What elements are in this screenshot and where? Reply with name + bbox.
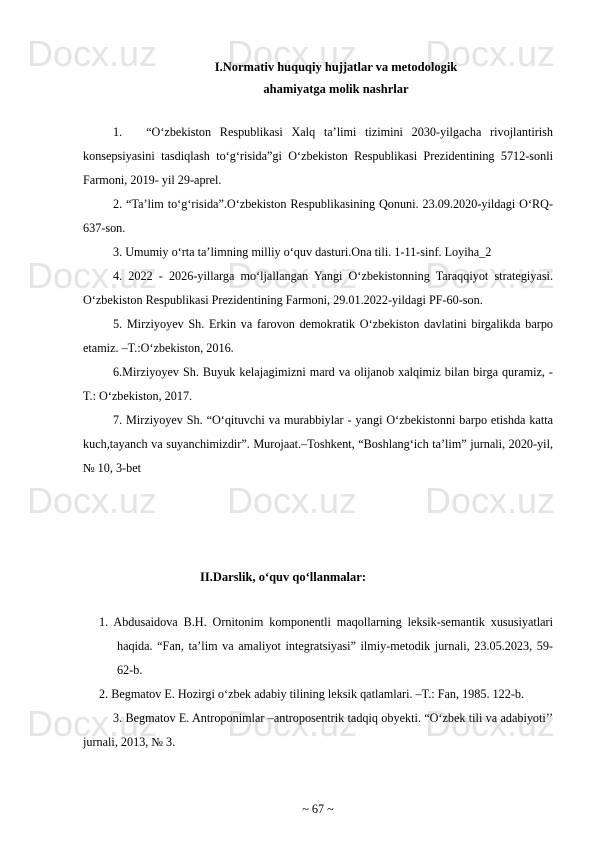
section1-list: 1.“O‘zbekiston Respublikasi Xalq ta’limi… [83,120,553,480]
item-number: 4. [113,269,122,283]
item-text: Begmatov E. Antroponimlar –antroposentri… [83,711,553,749]
section1-title-line2: ahamiyatga molik nashrlar [83,78,553,100]
item-number: 6. [113,365,122,379]
page-number: ~ 67 ~ [83,802,553,817]
section2-heading: II.Darslik, o‘quv qo‘llanmalar: [83,566,553,588]
item-number: 3. [113,711,122,725]
reference-item: 3. Umumiy o‘rta ta’limning milliy o‘quv … [83,240,553,264]
section2-list: 1. Abdusaidova B.H. Ornitonim komponentl… [83,610,553,754]
item-text: “Ta’lim to‘g‘risida”.O‘zbekiston Respubl… [83,197,553,235]
item-text: Begmatov E. Hozirgi o‘zbek adabiy tilini… [111,687,524,701]
item-number: 2. [99,687,108,701]
watermark: Docx.uz [27,483,157,519]
reference-item: 1.“O‘zbekiston Respublikasi Xalq ta’limi… [83,120,553,192]
section1-heading: I.Normativ huquqiy hujjatlar va metodolo… [83,56,553,100]
item-number: 5. [113,317,122,331]
section1-title-line1: I.Normativ huquqiy hujjatlar va metodolo… [83,56,553,78]
reference-item: 2. Begmatov E. Hozirgi o‘zbek adabiy til… [83,682,553,706]
reference-item: 3. Begmatov E. Antroponimlar –antroposen… [83,706,553,754]
item-number: 3. [113,245,122,259]
item-text: Mirziyoyev Sh. “O‘qituvchi va murabbiyla… [83,413,553,475]
item-text: 2022 - 2026-yillarga mo‘ljallangan Yangi… [83,269,553,307]
reference-item: 4. 2022 - 2026-yillarga mo‘ljallangan Ya… [83,264,553,312]
reference-item: 2. “Ta’lim to‘g‘risida”.O‘zbekiston Resp… [83,192,553,240]
item-number: 2. [113,197,122,211]
reference-item: 5. Mirziyoyev Sh. Erkin va farovon demok… [83,312,553,360]
item-text: Mirziyoyev Sh. Erkin va farovon demokrat… [83,317,553,355]
watermark: Docx.uz [425,483,555,519]
item-text: Umumiy o‘rta ta’limning milliy o‘quv das… [125,245,491,259]
section2-title: II.Darslik, o‘quv qo‘llanmalar: [200,566,553,588]
item-text: “O‘zbekiston Respublikasi Xalq ta’limi t… [83,125,553,187]
watermark: Docx.uz [227,483,357,519]
item-number: 1. [99,615,108,629]
item-text: Abdusaidova B.H. Ornitonim komponentli m… [113,615,553,677]
reference-item: 7. Mirziyoyev Sh. “O‘qituvchi va murabbi… [83,408,553,480]
item-text: Mirziyoyev Sh. Buyuk kelajagimizni mard … [83,365,553,403]
reference-item: 6.Mirziyoyev Sh. Buyuk kelajagimizni mar… [83,360,553,408]
reference-item: 1. Abdusaidova B.H. Ornitonim komponentl… [83,610,553,682]
item-number: 7. [113,413,122,427]
item-number: 1. [113,125,122,139]
